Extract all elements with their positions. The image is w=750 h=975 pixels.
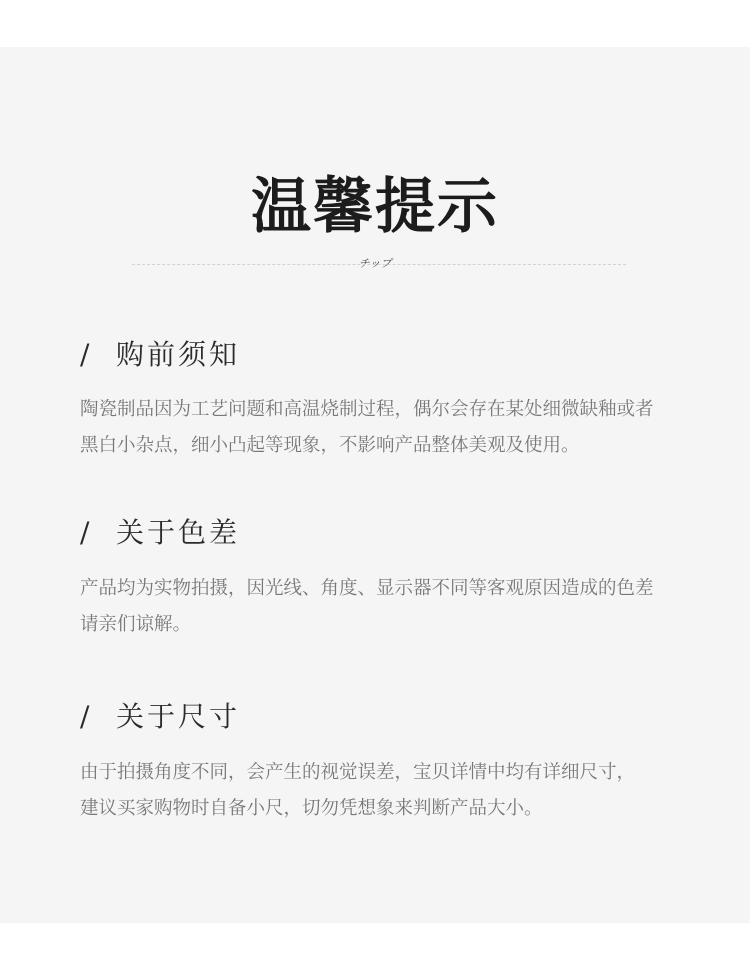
body-line: 请亲们谅解。 bbox=[80, 607, 720, 643]
slash-marker: / bbox=[80, 697, 116, 737]
body-line: 黑白小杂点，细小凸起等现象，不影响产品整体美观及使用。 bbox=[80, 428, 720, 464]
heading-text: 购前须知 bbox=[116, 338, 240, 371]
slash-marker: / bbox=[80, 335, 116, 375]
body-line: 产品均为实物拍摄，因光线、角度、显示器不同等客观原因造成的色差 bbox=[80, 571, 720, 607]
slash-marker: / bbox=[80, 513, 116, 553]
page-title: 温馨提示 bbox=[0, 167, 750, 247]
section-body-color-difference: 产品均为实物拍摄，因光线、角度、显示器不同等客观原因造成的色差 请亲们谅解。 bbox=[80, 571, 720, 643]
dashed-divider bbox=[132, 264, 626, 265]
page-subtitle: チップ bbox=[0, 255, 750, 271]
body-line: 由于拍摄角度不同，会产生的视觉误差，宝贝详情中均有详细尺寸， bbox=[80, 755, 720, 791]
heading-text: 关于尺寸 bbox=[116, 700, 240, 733]
section-body-purchase-notice: 陶瓷制品因为工艺问题和高温烧制过程，偶尔会存在某处细微缺釉或者 黑白小杂点，细小… bbox=[80, 392, 720, 464]
section-body-size: 由于拍摄角度不同，会产生的视觉误差，宝贝详情中均有详细尺寸， 建议买家购物时自备… bbox=[80, 755, 720, 827]
heading-text: 关于色差 bbox=[116, 516, 240, 549]
section-heading-purchase-notice: /购前须知 bbox=[80, 335, 240, 375]
body-line: 陶瓷制品因为工艺问题和高温烧制过程，偶尔会存在某处细微缺釉或者 bbox=[80, 392, 720, 428]
body-line: 建议买家购物时自备小尺，切勿凭想象来判断产品大小。 bbox=[80, 791, 720, 827]
section-heading-size: /关于尺寸 bbox=[80, 697, 240, 737]
section-heading-color-difference: /关于色差 bbox=[80, 513, 240, 553]
